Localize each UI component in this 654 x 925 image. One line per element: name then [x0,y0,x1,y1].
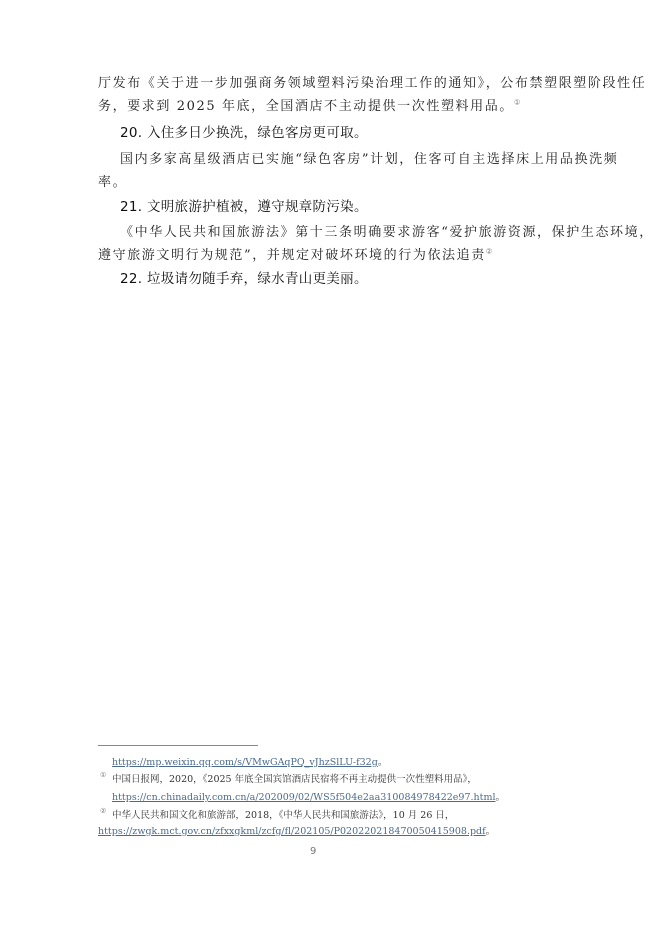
footnote-link[interactable]: https://mp.weixin.qq.com/s/VMwGAqPQ_vJhz… [112,757,378,768]
item-heading-20: 20. 入住多日少换洗，绿色客房更可取。 [120,124,368,142]
footnote-separator [98,745,258,746]
footnote-1-text: 中国日报网，2020，《2025 年底全国宾馆酒店民宿将不再主动提供一次性塑料用… [112,773,477,787]
text: 。 [496,792,506,803]
body-text-line: 国内多家高星级酒店已实施“绿色客房”计划，住客可自主选择床上用品换洗频 [120,151,618,169]
footnote-2-link-line: https://zwgk.mct.gov.cn/zfxxgkml/zcfg/fl… [98,825,495,839]
document-page: 厅发布《关于进一步加强商务领域塑料污染治理工作的通知》，公布禁塑限塑阶段性任 务… [0,0,654,925]
body-text-line: 《中华人民共和国旅游法》第十三条明确要求游客“爱护旅游资源，保护生态环境， [120,224,654,242]
text: 厅发布《关于进一步加强商务领域塑料污染治理工作的通知》，公布禁塑限塑阶段性任 [98,76,646,91]
text: 遵守旅游文明行为规范”，并规定对破坏环境的行为依法追责 [98,248,486,263]
footnote-continuation: https://mp.weixin.qq.com/s/VMwGAqPQ_vJhz… [112,756,387,770]
footnote-ref-1[interactable]: ① [514,99,520,107]
footnote-ref-2[interactable]: ② [486,248,492,256]
page-number: 9 [310,846,316,857]
text: 《中华人民共和国旅游法》第十三条明确要求游客“爱护旅游资源，保护生态环境， [120,225,654,240]
item-heading-22: 22. 垃圾请勿随手弃，绿水青山更美丽。 [120,270,368,288]
body-text-line: 务，要求到 2025 年底，全国酒店不主动提供一次性塑料用品。① [98,98,520,116]
text: 率。 [98,175,127,190]
text: 国内多家高星级酒店已实施“绿色客房”计划，住客可自主选择床上用品换洗频 [120,152,618,167]
footnote-marker-1: ① [100,771,106,779]
text: 。 [486,826,496,837]
footnote-1-link-line: https://cn.chinadaily.com.cn/a/202009/02… [112,791,505,805]
footnote-link[interactable]: https://cn.chinadaily.com.cn/a/202009/02… [112,792,496,803]
footnote-2-text: 中华人民共和国文化和旅游部，2018，《中华人民共和国旅游法》，10 月 26 … [112,809,454,823]
footnote-marker-2: ② [100,807,106,815]
text: 。 [378,757,388,768]
body-text-line: 率。 [98,174,127,192]
footnote-link[interactable]: https://zwgk.mct.gov.cn/zfxxgkml/zcfg/fl… [98,826,486,837]
body-text-line: 厅发布《关于进一步加强商务领域塑料污染治理工作的通知》，公布禁塑限塑阶段性任 [98,75,646,93]
text: 务，要求到 2025 年底，全国酒店不主动提供一次性塑料用品。 [98,99,514,114]
item-heading-21: 21. 文明旅游护植被，遵守规章防污染。 [120,198,368,216]
body-text-line: 遵守旅游文明行为规范”，并规定对破坏环境的行为依法追责② [98,247,492,265]
